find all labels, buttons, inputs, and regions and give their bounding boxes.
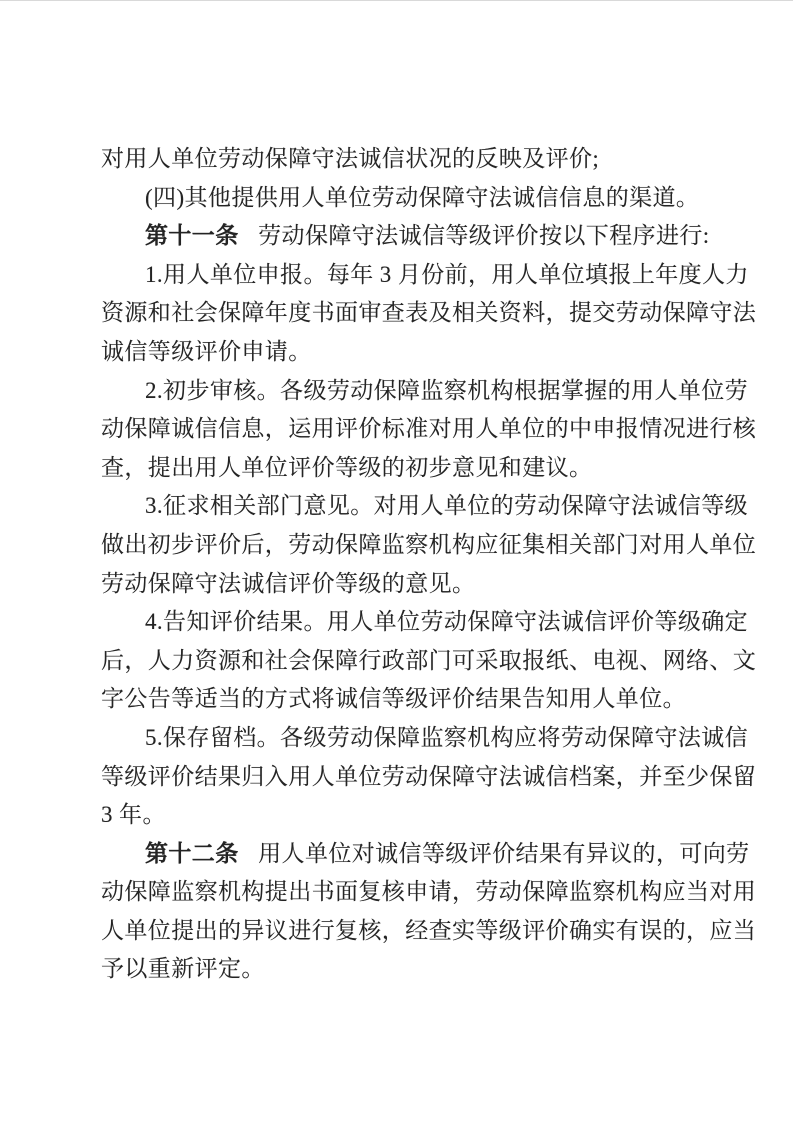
- document-line: 动保障诚信信息，运用评价标准对用人单位的中申报情况进行核: [101, 410, 715, 449]
- document-line: 3.征求相关部门意见。对用人单位的劳动保障守法诚信等级: [101, 487, 715, 526]
- document-line: 第十一条劳动保障守法诚信等级评价按以下程序进行:: [101, 217, 715, 256]
- line-text: 劳动保障守法诚信等级评价按以下程序进行:: [258, 223, 709, 248]
- line-text: 用人单位对诚信等级评价结果有异议的，可向劳: [258, 841, 749, 866]
- document-page: 对用人单位劳动保障守法诚信状况的反映及评价;(四)其他提供用人单位劳动保障守法诚…: [0, 0, 793, 1121]
- article-number: 第十一条: [145, 223, 239, 248]
- document-line: 2.初步审核。各级劳动保障监察机构根据掌握的用人单位劳: [101, 372, 715, 411]
- document-line: 1.用人单位申报。每年 3 月份前，用人单位填报上年度人力: [101, 256, 715, 295]
- document-line: (四)其他提供用人单位劳动保障守法诚信信息的渠道。: [101, 179, 715, 218]
- document-line: 予以重新评定。: [101, 950, 715, 989]
- document-line: 3 年。: [101, 796, 715, 835]
- document-line: 后，人力资源和社会保障行政部门可采取报纸、电视、网络、文: [101, 642, 715, 681]
- article-number: 第十二条: [145, 841, 239, 866]
- document-line: 诚信等级评价申请。: [101, 333, 715, 372]
- document-line: 4.告知评价结果。用人单位劳动保障守法诚信评价等级确定: [101, 603, 715, 642]
- document-line: 对用人单位劳动保障守法诚信状况的反映及评价;: [101, 140, 715, 179]
- document-line: 人单位提出的异议进行复核，经查实等级评价确实有误的，应当: [101, 912, 715, 951]
- document-line: 动保障监察机构提出书面复核申请，劳动保障监察机构应当对用: [101, 873, 715, 912]
- document-line: 等级评价结果归入用人单位劳动保障守法诚信档案，并至少保留: [101, 758, 715, 797]
- document-line: 查，提出用人单位评价等级的初步意见和建议。: [101, 449, 715, 488]
- document-line: 资源和社会保障年度书面审查表及相关资料，提交劳动保障守法: [101, 294, 715, 333]
- document-line: 5.保存留档。各级劳动保障监察机构应将劳动保障守法诚信: [101, 719, 715, 758]
- document-line: 做出初步评价后，劳动保障监察机构应征集相关部门对用人单位: [101, 526, 715, 565]
- document-line: 劳动保障守法诚信评价等级的意见。: [101, 565, 715, 604]
- document-text-block: 对用人单位劳动保障守法诚信状况的反映及评价;(四)其他提供用人单位劳动保障守法诚…: [101, 140, 715, 989]
- document-line: 字公告等适当的方式将诚信等级评价结果告知用人单位。: [101, 680, 715, 719]
- document-line: 第十二条用人单位对诚信等级评价结果有异议的，可向劳: [101, 835, 715, 874]
